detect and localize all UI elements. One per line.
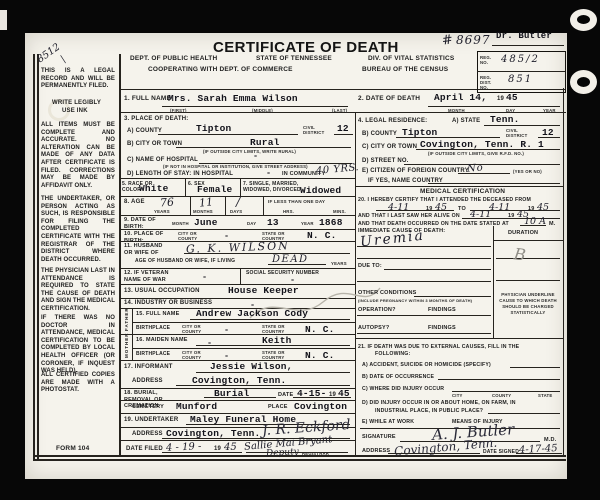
length-of-stay-label: D) LENGTH OF STAY: IN HOSPITAL [127, 171, 233, 177]
rule [496, 280, 560, 281]
burial-date-label: DATE [278, 392, 293, 398]
birth-city-value: - [224, 231, 229, 241]
rule [33, 459, 566, 461]
signature-label: SIGNATURE [362, 434, 396, 440]
div-vital-statistics: DIV. OF VITAL STATISTICS [368, 55, 454, 62]
margin-undertaker-note: THE UNDERTAKER, OR PERSON ACTING AS SUCH… [41, 196, 115, 264]
death-certificate-scan: 8512 / CERTIFICATE OF DEATH # 8697 Dr. B… [0, 0, 600, 500]
from-year-value: 45 [435, 202, 447, 213]
margin-accuracy-note: ALL ITEMS MUST BE COMPLETE AND ACCURATE.… [41, 122, 115, 190]
rule [357, 246, 491, 247]
date-occurrence-label: B) DATE OF OCCURRENCE [362, 374, 434, 380]
residence-city-label: C) CITY OR TOWN [362, 144, 417, 150]
rule [492, 45, 564, 46]
birth-city-sublabel: CITY OR COUNTY [178, 231, 204, 241]
punch-hole-center [577, 15, 590, 24]
rule [355, 338, 563, 339]
residence-state-value: Tenn. [490, 114, 520, 125]
rule [496, 258, 560, 259]
rule [428, 106, 560, 107]
reg-no-label: REG. NO. [480, 55, 496, 65]
rfd-note: (IF OUTSIDE CITY LIMITS, GIVE R.F.D. NO.… [428, 151, 524, 156]
accident-suicide-label: A) ACCIDENT, SUICIDE OR HOMICIDE (SPECIF… [362, 362, 491, 368]
mother-city-sublabel: CITY OR COUNTY [182, 350, 208, 360]
marital-value: Widowed [300, 185, 341, 196]
scan-edge-artifact [0, 10, 7, 30]
residence-civil-label: CIVIL DISTRICT [506, 128, 532, 138]
rule [538, 137, 560, 138]
rule [414, 296, 491, 297]
city-dash-value: - [253, 151, 258, 161]
form-number: FORM 104 [56, 445, 89, 452]
birth-month-value: June [194, 217, 218, 228]
rule [268, 264, 326, 265]
rule [384, 269, 491, 270]
hrs-sublabel: HRS. [283, 209, 294, 214]
rule [396, 137, 500, 138]
rule [357, 315, 491, 316]
rule [225, 196, 226, 215]
rule [357, 281, 491, 282]
reg-dist-label: REG. DIST. NO. [480, 75, 500, 90]
less-than-one-day-label: IF LESS THAN ONE DAY [268, 199, 325, 204]
pregnancy-note: (INCLUDE PREGNANCY WITHIN 3 MONTHS OF DE… [358, 298, 472, 303]
civil-district-value: 12 [337, 123, 349, 134]
operation-label: OPERATION? [358, 307, 396, 313]
death-year-value: 45 [506, 92, 518, 103]
injury-county-sublabel: COUNTY [492, 393, 511, 398]
age-months-value: 11 [198, 195, 213, 209]
day-sublabel: DAY [506, 108, 515, 113]
rule [488, 413, 560, 414]
rule [184, 253, 350, 254]
autopsy-findings-label: FINDINGS [428, 325, 456, 331]
years-sublabel: YEARS [154, 209, 170, 214]
occupation-label: 13. USUAL OCCUPATION [124, 288, 200, 294]
spouse-years-sublabel: YEARS [331, 261, 347, 266]
rule [263, 196, 264, 215]
rule [484, 125, 560, 126]
punch-hole-center [577, 77, 590, 87]
residence-state-label: A) STATE [452, 118, 480, 124]
rule [119, 178, 355, 179]
age-days-value: / [236, 195, 240, 209]
rule [162, 452, 242, 453]
operation-findings-label: FINDINGS [428, 307, 456, 313]
industry-label: 14. INDUSTRY OR BUSINESS [124, 300, 212, 306]
rule [334, 134, 353, 135]
full-name-value: Mrs. Sarah Emma Wilson [168, 93, 298, 104]
county-value: Tipton [196, 123, 231, 134]
burial-place-label: PLACE [268, 404, 288, 410]
hospital-note: (IF NOT IN HOSPITAL OR INSTITUTION, GIVE… [163, 164, 308, 169]
rule [563, 88, 564, 456]
mother-birthplace-label: BIRTHPLACE [136, 351, 170, 357]
rule [388, 453, 480, 454]
date-of-death-value: April 14, [434, 92, 487, 103]
duration-header: DURATION [508, 230, 538, 236]
full-name-label: 1. FULL NAME [124, 95, 171, 102]
months-sublabel: MONTHS [193, 209, 213, 214]
rule [416, 149, 560, 150]
days-sublabel: DAYS [230, 209, 242, 214]
rule [132, 348, 355, 349]
rule [33, 54, 35, 460]
margin-write-legibly: WRITE LEGIBLY [52, 100, 101, 106]
margin-legal-record-note: THIS IS A LEGAL RECORD AND WILL BE PERMA… [41, 68, 115, 91]
place-of-death-label: 3. PLACE OF DEATH: [124, 116, 189, 122]
cemetery-value: Munford [176, 401, 217, 412]
rule [355, 186, 563, 187]
rule [246, 452, 348, 453]
father-name-label: 15. FULL NAME [136, 311, 179, 317]
due-to-label: DUE TO: [358, 263, 382, 269]
month-sublabel: MONTH [448, 108, 465, 113]
printed-19: 19 [497, 96, 504, 102]
rule [190, 319, 350, 320]
war-value: - [202, 272, 207, 282]
undertaker-label: 19. UNDERTAKER [124, 417, 178, 423]
injury-city-sublabel: CITY [452, 393, 463, 398]
rule [357, 258, 491, 259]
mins-sublabel: MINS. [333, 209, 346, 214]
date-signed-label: DATE SIGNED [483, 449, 519, 455]
rule [185, 178, 186, 196]
rule [510, 367, 560, 368]
race-value: White [139, 183, 169, 194]
mother-state-sublabel: STATE OR COUNTRY [262, 350, 290, 360]
rule [190, 196, 191, 215]
age-years-value: 76 [160, 196, 175, 210]
yes-or-no-note: (YES OR NO) [513, 169, 542, 174]
margin-physician-note: THE PHYSICIAN LAST IN ATTENDANCE IS REQU… [41, 268, 115, 314]
cert-number-value: 8697 [456, 33, 491, 47]
father-birthplace-label: BIRTHPLACE [136, 325, 170, 331]
cemetery-label: CEMETERY [132, 404, 164, 410]
birth-state-value: N. C. [307, 230, 337, 241]
rule [493, 240, 563, 241]
hospital-label: C) NAME OF HOSPITAL [127, 157, 198, 163]
rule [37, 54, 39, 460]
residence-county-label: B) COUNTY [362, 131, 397, 137]
rule [376, 210, 454, 211]
father-side-label: FATHER [124, 307, 129, 331]
birth-month-sublabel: MONTH [172, 221, 189, 226]
mother-side-label: MOTHER [124, 333, 129, 359]
maiden-name-label: 16. MAIDEN NAME [136, 337, 188, 343]
to-year-value: 45 [537, 202, 549, 213]
burial-place-value: Covington [294, 401, 347, 412]
date-signed-value: 4-17-45 [519, 443, 558, 456]
stay-hospital-value: - [266, 168, 271, 178]
certificate-title: CERTIFICATE OF DEATH [213, 39, 399, 56]
civil-district-label: CIVIL DISTRICT [303, 125, 329, 135]
rule [176, 147, 351, 148]
dept-public-health: DEPT. OF PUBLIC HEALTH [130, 55, 217, 62]
rule [119, 334, 355, 335]
father-state-sublabel: STATE OR COUNTRY [262, 324, 290, 334]
rule [33, 455, 566, 457]
rule [428, 183, 560, 184]
veteran-label: 12. IF VETERAN NAME OF WAR [124, 270, 176, 283]
rule [119, 54, 121, 456]
while-at-work-label: E) WHILE AT WORK [362, 419, 414, 425]
physician-underline-note: PHYSICIAN UNDERLINE CAUSE TO WHICH DEATH… [498, 292, 558, 316]
attended-to-value: 4-11 [489, 202, 510, 213]
rule [119, 215, 355, 216]
rule [204, 397, 276, 398]
father-city-sublabel: CITY OR COUNTY [182, 324, 208, 334]
external-causes-label: 21. IF DEATH WAS DUE TO EXTERNAL CAUSES,… [358, 344, 519, 350]
where-injury-label: C) WHERE DID INJURY OCCUR [362, 386, 444, 392]
county-label: A) COUNTY [127, 128, 162, 134]
death-occurred-label: AND THAT DEATH OCCURRED ON THE DATE STAT… [358, 221, 509, 227]
rule [477, 71, 565, 72]
spouse-age-label: AGE OF HUSBAND OR WIFE, IF LIVING [135, 258, 235, 264]
rule [119, 268, 355, 269]
rule [493, 226, 494, 338]
state-of-tennessee: STATE OF TENNESSEE [256, 55, 332, 62]
bureau-of-census: BUREAU OF THE CENSUS [362, 66, 448, 73]
birth-year-value: 1868 [319, 217, 343, 228]
father-name-value: Andrew Jackson Cody [196, 308, 308, 319]
rule [196, 345, 350, 346]
injury-home-farm-label: D) DID INJURY OCCUR IN OR ABOUT HOME, ON… [362, 400, 516, 406]
reg-no-value: 485/2 [501, 54, 540, 65]
autopsy-label: AUTOPSY? [358, 325, 389, 331]
cooperating-dept-commerce: COOPERATING WITH DEPT. OF COMMERCE [148, 66, 293, 73]
husband-label: 11. HUSBAND OR WIFE OF [124, 243, 166, 256]
date-filed-label: DATE FILED [126, 446, 163, 452]
cert-number-hash: # [441, 32, 454, 48]
injury-state-sublabel: STATE [538, 393, 552, 398]
rule [458, 173, 510, 174]
rural-note: (IF OUTSIDE CITY LIMITS, WRITE RURAL) [203, 149, 296, 154]
rule [452, 391, 560, 392]
reg-dist-value: 851 [508, 74, 533, 85]
city-or-town-label: B) CITY OR TOWN [127, 141, 182, 147]
rule [357, 333, 491, 334]
rule [176, 385, 350, 386]
other-conditions-label: OTHER CONDITIONS [358, 290, 417, 296]
margin-use-ink: USE INK [62, 108, 88, 114]
birth-day-value: 13 [267, 217, 279, 228]
last-saw-label: AND THAT I LAST SAW HER ALIVE ON [358, 213, 460, 219]
industrial-public-label: INDUSTRIAL PLACE, IN PUBLIC PLACE? [375, 408, 483, 414]
sex-value: Female [197, 184, 232, 195]
age-label: 8. AGE [124, 199, 145, 205]
following-label: FOLLOWING: [375, 351, 410, 357]
year-sublabel: YEAR [543, 108, 556, 113]
street-no-label: D) STREET NO. [362, 158, 409, 164]
informant-value: Jessie Wilson, [210, 361, 293, 372]
rule [196, 372, 350, 373]
citizen-label: E) CITIZEN OF FOREIGN COUNTRY [362, 168, 469, 174]
undertaker-address-label: ADDRESS [132, 431, 163, 437]
middle-sublabel: (MIDDLE) [252, 108, 273, 113]
maiden-dash-value: - [207, 338, 212, 348]
deputy-note: Deputy [266, 447, 299, 459]
attended-from-value: 4-11 [388, 202, 409, 213]
rule [293, 397, 351, 398]
first-sublabel: (FIRST) [170, 108, 187, 113]
margin-photostat-note: ALL CERTIFIED COPIES ARE MADE WITH A PHO… [41, 372, 115, 395]
rule [240, 268, 241, 284]
date-of-death-label: 2. DATE OF DEATH [358, 95, 420, 102]
rule [240, 178, 241, 196]
pencil-mark-b: B [513, 244, 527, 264]
from-printed-19: 19 [426, 206, 433, 212]
physician-address-label: ADDRESS [362, 448, 390, 454]
margin-no-doctor-note: IF THERE WAS NO DOCTOR IN ATTENDANCE, ME… [41, 315, 115, 376]
meridiem-label: M. [549, 221, 556, 227]
rule [162, 106, 348, 107]
birth-year-sublabel: YEAR [301, 221, 314, 226]
birth-day-sublabel: DAY [247, 221, 256, 226]
legal-residence-label: 4. LEGAL RESIDENCE: [358, 118, 427, 124]
ssn-label: SOCIAL SECURITY NUMBER [246, 270, 319, 276]
medical-certification-header: MEDICAL CERTIFICATION [420, 188, 505, 195]
informant-label: 17. INFORMANT [124, 364, 173, 370]
rule [132, 322, 355, 323]
rule [520, 225, 546, 226]
rule [516, 453, 562, 454]
rule [438, 379, 560, 380]
last-sublabel: (LAST) [332, 108, 347, 113]
to-label: TO [458, 206, 466, 212]
informant-address-label: ADDRESS [132, 378, 163, 384]
doctor-name-note: Dr. Butler [496, 31, 552, 41]
rule [158, 134, 298, 135]
